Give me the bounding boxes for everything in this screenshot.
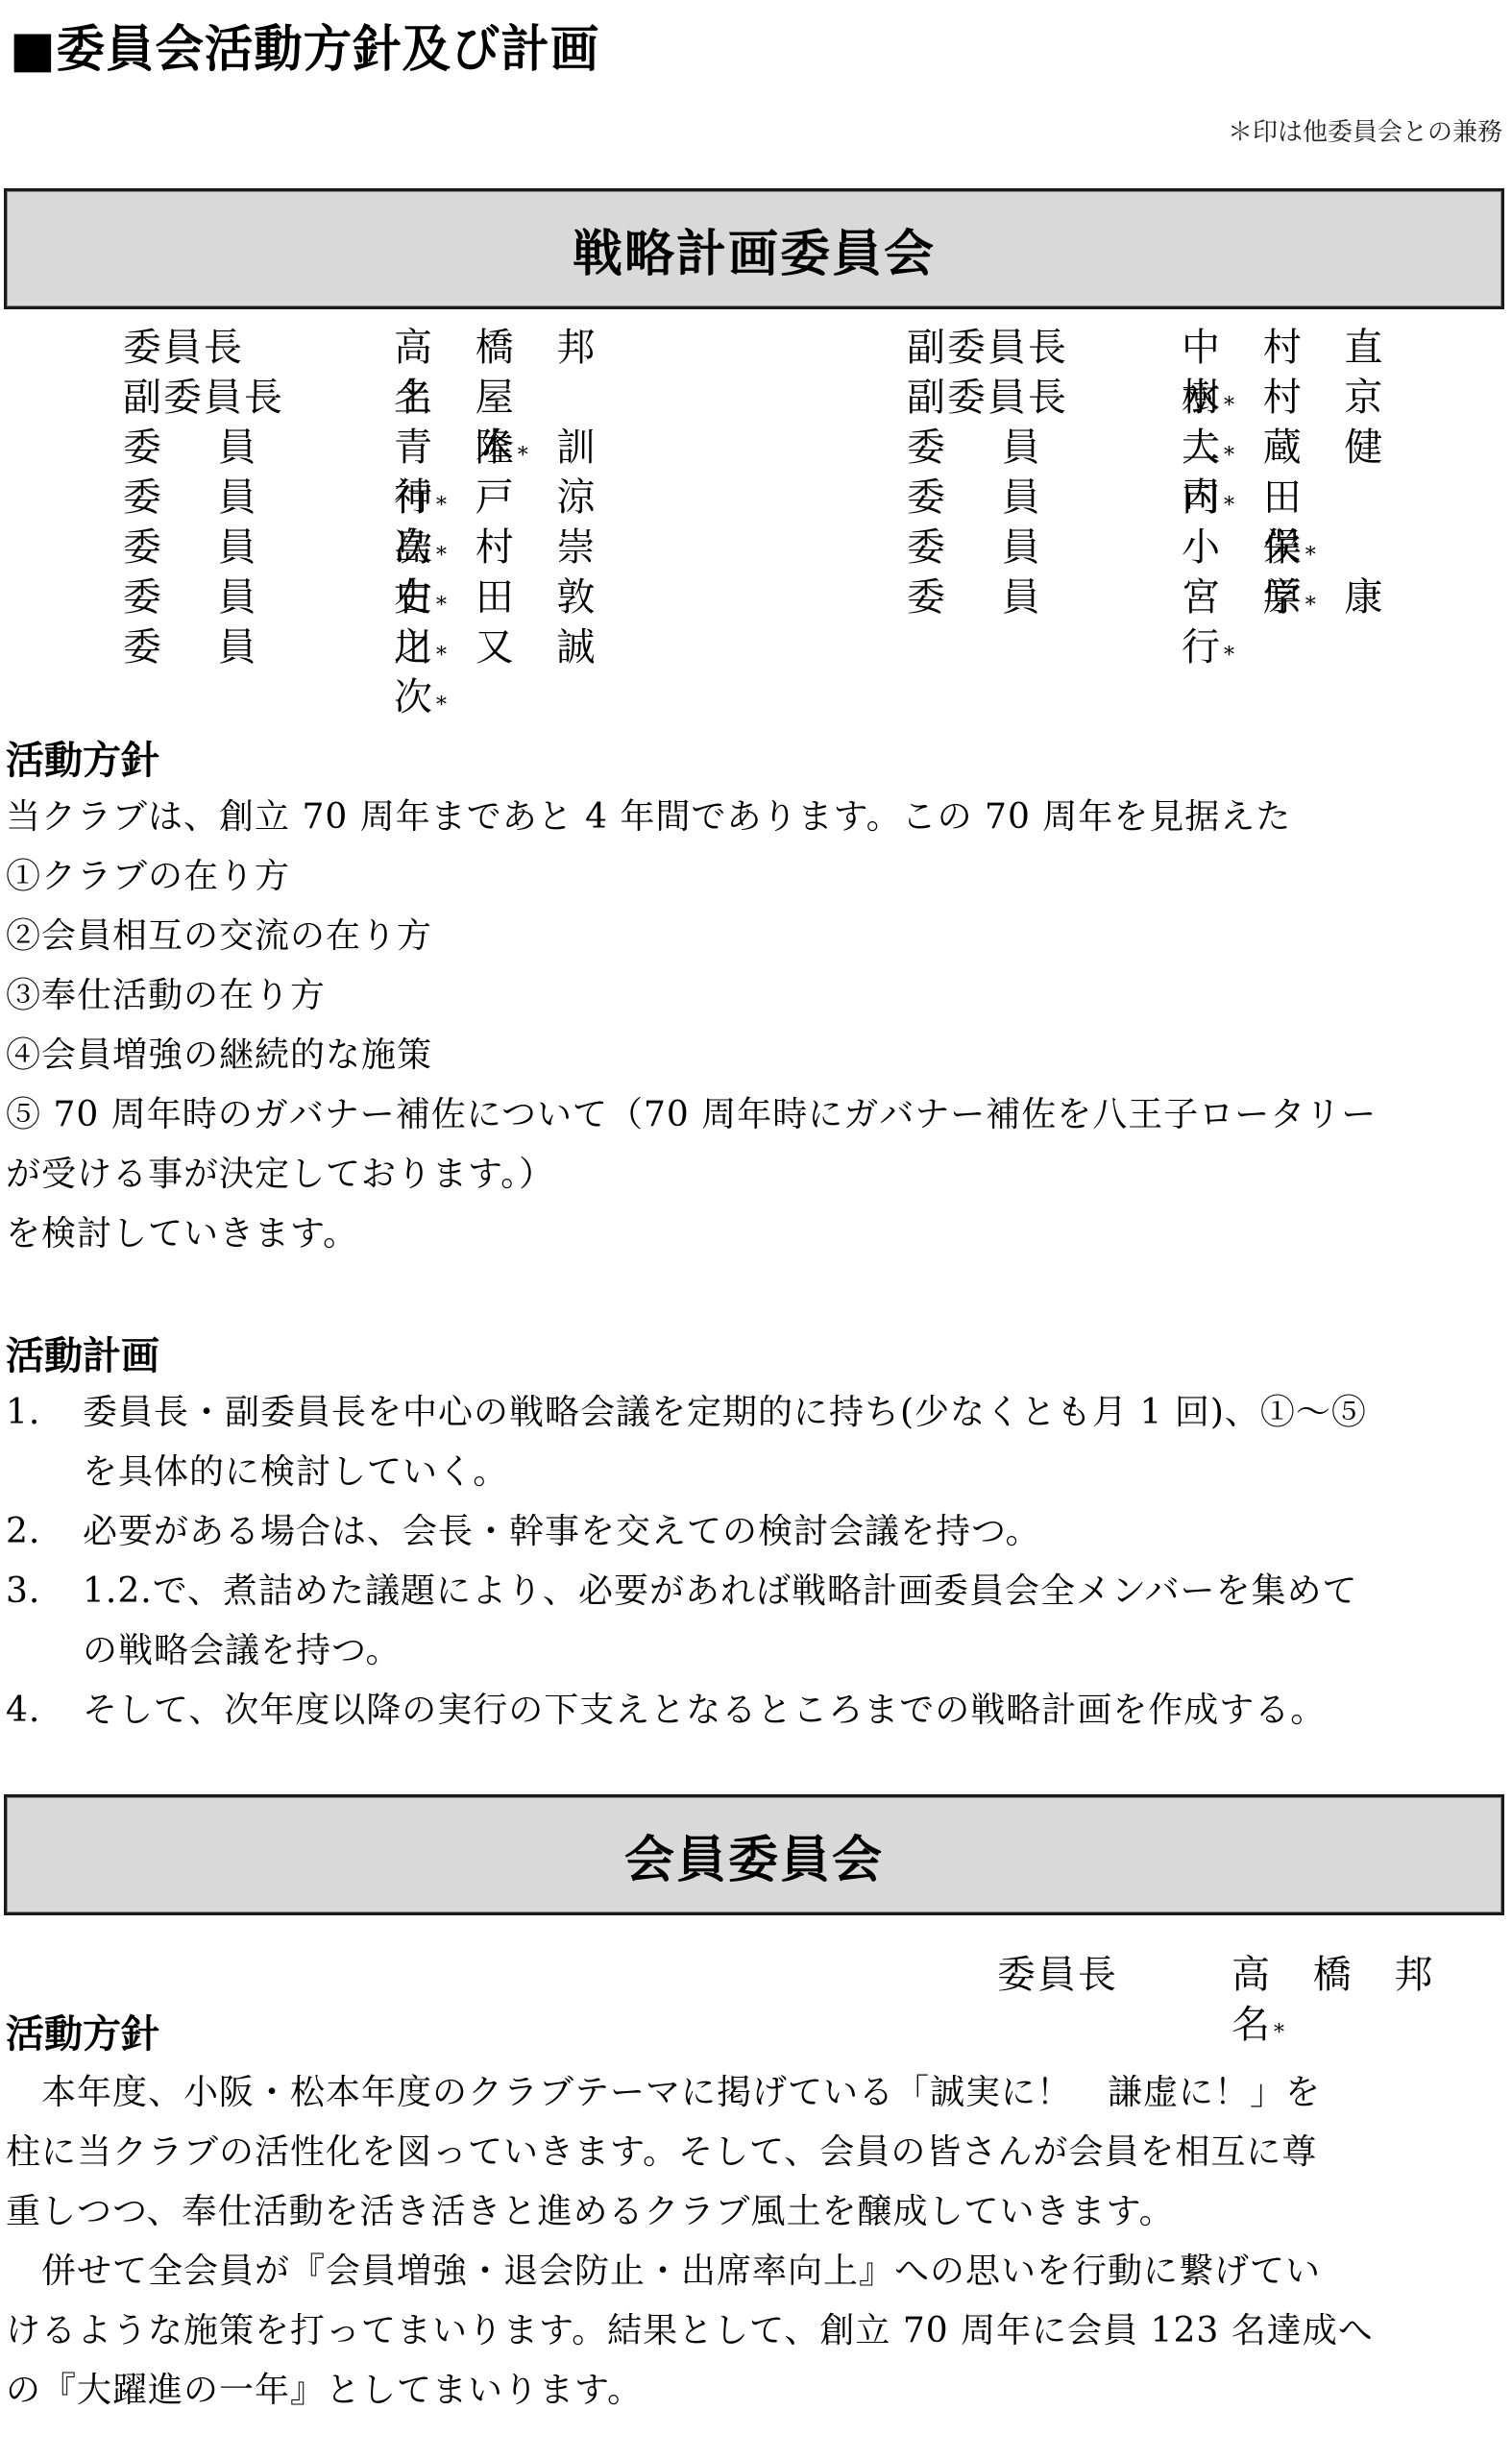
- roster-row: 副委員長中 村 直 樹*: [907, 323, 1502, 373]
- member-role: 委 員: [907, 423, 1042, 473]
- membership-chair: 委員長 高 橋 邦 名*: [997, 1950, 1512, 2000]
- roster-row: 委 員小 俣 学*: [907, 523, 1502, 572]
- roster-row: 委 員青 木 訓 行*: [123, 423, 699, 473]
- plan-text: 1.2.で、煮詰めた議題により、必要があれば戦略計画委員会全メンバーを集めて: [83, 1562, 1357, 1621]
- roster-row: 委 員川 又 誠 次*: [123, 622, 699, 672]
- policy-line: 本年度、小阪・松本年度のクラブテーマに掲げている「誠実に！ 謙虚に！」を: [6, 2063, 1321, 2123]
- policy-line: が受ける事が決定しております。）: [6, 1145, 554, 1205]
- strategy-plan-heading: 活動計画: [6, 1329, 159, 1383]
- policy-line: ②会員相互の交流の在り方: [6, 907, 432, 966]
- member-role: 委 員: [907, 523, 1042, 572]
- member-name: 宮 原 康 行*: [1182, 572, 1478, 681]
- page-title: ■委員会活動方針及び計画: [10, 12, 599, 88]
- roster-row: 委 員宮 原 康 行*: [907, 572, 1502, 622]
- roster-row: 委員長 高 橋 邦 名*: [997, 1950, 1512, 2000]
- member-role: 委 員: [123, 572, 258, 622]
- policy-line: 重しつつ、奉仕活動を活き活きと進めるクラブ風土を醸成していきます。: [6, 2182, 1175, 2242]
- concurrent-duty-note: ＊印は他委員会との兼務: [1228, 113, 1502, 152]
- member-role: 副委員長: [907, 323, 1068, 373]
- roster-row: 委 員内 田 栄*: [907, 473, 1502, 523]
- plan-item-continuation: を具体的に検討していく。: [0, 1443, 1512, 1502]
- plan-text: 委員長・副委員長を中心の戦略会議を定期的に持ち(少なくとも月 1 回)、①～⑤: [83, 1383, 1367, 1443]
- policy-line: 当クラブは、創立 70 周年まであと 4 年間であります。この 70 周年を見据…: [6, 788, 1291, 847]
- plan-item: 4. そして、次年度以降の実行の下支えとなるところまでの戦略計画を作成する。: [0, 1681, 1512, 1741]
- roster-row: 副委員長土 屋 隆*: [123, 373, 699, 423]
- plan-text: そして、次年度以降の実行の下支えとなるところまでの戦略計画を作成する。: [83, 1681, 1326, 1741]
- member-name: 川 又 誠 次*: [394, 622, 691, 731]
- membership-committee-header: 会員委員会: [4, 1794, 1504, 1915]
- strategy-roster-left: 委員長高 橋 邦 名 副委員長土 屋 隆* 委 員青 木 訓 行* 委 員神 戸…: [123, 323, 699, 672]
- member-role: 委 員: [123, 423, 258, 473]
- member-role: 委 員: [123, 622, 258, 672]
- roster-row: 委員長高 橋 邦 名: [123, 323, 699, 373]
- member-name: 高 橋 邦 名*: [1232, 1950, 1512, 2058]
- plan-text: の戦略会議を持つ。: [83, 1621, 402, 1681]
- policy-line: ④会員増強の継続的な施策: [6, 1026, 432, 1085]
- plan-text: を具体的に検討していく。: [83, 1443, 508, 1502]
- member-role: 委員長: [997, 1950, 1118, 2000]
- member-role: 委 員: [123, 473, 258, 523]
- member-role: 委 員: [123, 523, 258, 572]
- policy-line: ③奉仕活動の在り方: [6, 966, 326, 1026]
- plan-text: 必要がある場合は、会長・幹事を交えての検討会議を持つ。: [83, 1502, 1041, 1562]
- member-role: 委員長: [123, 323, 244, 373]
- plan-item: 2. 必要がある場合は、会長・幹事を交えての検討会議を持つ。: [0, 1502, 1512, 1562]
- roster-row: 委 員右 田 敦 之*: [123, 572, 699, 622]
- member-role: 副委員長: [123, 373, 284, 423]
- policy-line: ⑤ 70 周年時のガバナー補佐について（70 周年時にガバナー補佐を八王子ロータ…: [6, 1085, 1377, 1145]
- plan-number: 4.: [6, 1681, 40, 1741]
- strategy-committee-title: 戦略計画委員会: [573, 213, 936, 285]
- policy-line: ①クラブの在り方: [6, 847, 290, 907]
- plan-item: 1. 委員長・副委員長を中心の戦略会議を定期的に持ち(少なくとも月 1 回)、①…: [0, 1383, 1512, 1443]
- strategy-policy-heading: 活動方針: [6, 734, 159, 788]
- strategy-committee-header: 戦略計画委員会: [4, 188, 1504, 309]
- member-role: 委 員: [907, 572, 1042, 622]
- policy-line: 併せて全会員が『会員増強・退会防止・出席率向上』への思いを行動に繋げてい: [6, 2242, 1321, 2301]
- plan-item: 3. 1.2.で、煮詰めた議題により、必要があれば戦略計画委員会全メンバーを集め…: [0, 1562, 1512, 1621]
- plan-number: 1.: [6, 1383, 40, 1443]
- policy-line: の『大躍進の一年』としてまいります。: [6, 2361, 643, 2421]
- roster-row: 委 員神 戸 涼 次*: [123, 473, 699, 523]
- roster-row: 委 員島 村 崇 史*: [123, 523, 699, 572]
- member-role: 委 員: [907, 473, 1042, 523]
- policy-line: を検討していきます。: [6, 1205, 358, 1264]
- plan-number: 3.: [6, 1562, 40, 1621]
- strategy-roster-right: 副委員長中 村 直 樹* 副委員長水 村 京 二* 委 員大 蔵 健 司* 委 …: [907, 323, 1502, 622]
- roster-row: 委 員大 蔵 健 司*: [907, 423, 1502, 473]
- membership-policy-heading: 活動方針: [6, 2008, 159, 2061]
- plan-item-continuation: の戦略会議を持つ。: [0, 1621, 1512, 1681]
- member-role: 副委員長: [907, 373, 1068, 423]
- roster-row: 副委員長水 村 京 二*: [907, 373, 1502, 423]
- plan-number: 2.: [6, 1502, 40, 1562]
- policy-line: けるような施策を打ってまいります。結果として、創立 70 周年に会員 123 名…: [6, 2301, 1374, 2361]
- membership-committee-title: 会員委員会: [624, 1819, 884, 1891]
- policy-line: 柱に当クラブの活性化を図っていきます。そして、会員の皆さんが会員を相互に尊: [6, 2123, 1317, 2182]
